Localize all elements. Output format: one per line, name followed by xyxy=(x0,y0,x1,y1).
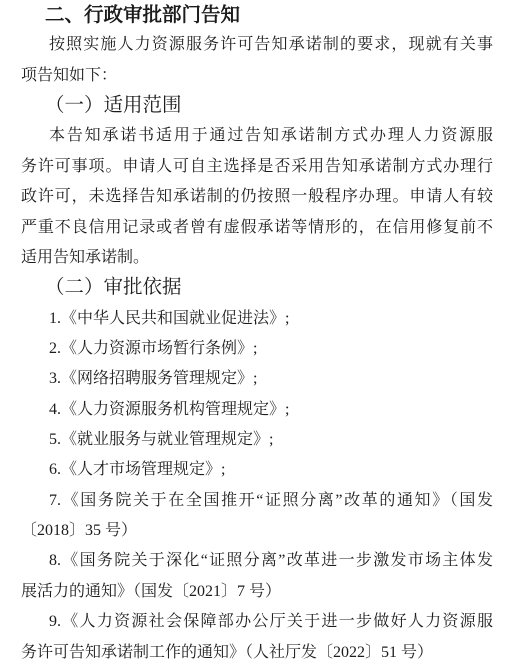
legal-basis-item-line: 4.《人力资源服务机构管理规定》; xyxy=(21,395,493,425)
scope-paragraph-line: 适用告知承诺制。 xyxy=(21,243,493,273)
scope-paragraph-line: 本告知承诺书适用于通过告知承诺制方式办理人力资源服 xyxy=(21,121,493,151)
legal-basis-item-line: 6.《人才市场管理规定》; xyxy=(21,455,493,485)
legal-basis-item-line: 展活力的通知》（国发〔2021〕7 号） xyxy=(21,577,493,607)
scope-paragraph-line: 务许可事项。申请人可自主选择是否采用告知承诺制方式办理行 xyxy=(21,152,493,182)
legal-basis-item-line: 5.《就业服务与就业管理规定》; xyxy=(21,425,493,455)
scope-paragraph-line: 政许可，未选择告知承诺制的仍按照一般程序办理。申请人有较 xyxy=(21,182,493,212)
intro-paragraph-line: 按照实施人力资源服务许可告知承诺制的要求，现就有关事 xyxy=(21,30,493,60)
legal-basis-item-line: 2.《人力资源市场暂行条例》; xyxy=(21,334,493,364)
legal-basis-item-line: 1.《中华人民共和国就业促进法》; xyxy=(21,304,493,334)
legal-basis-item-line: 务许可告知承诺制工作的通知》（人社厅发〔2022〕51 号） xyxy=(21,638,493,668)
legal-basis-item-line: 7.《国务院关于在全国推开“证照分离”改革的通知》（国发 xyxy=(21,486,493,516)
legal-basis-item-line: 〔2018〕35 号） xyxy=(21,516,493,546)
intro-paragraph-line: 项告知如下： xyxy=(21,61,493,91)
scope-paragraph-line: 严重不良信用记录或者曾有虚假承诺等情形的，在信用修复前不 xyxy=(21,213,493,243)
section-heading: 二、行政审批部门告知 xyxy=(21,0,493,30)
legal-basis-item-line: 3.《网络招聘服务管理规定》; xyxy=(21,364,493,394)
subsection-1-heading: （一）适用范围 xyxy=(21,91,493,121)
legal-basis-item-line: 8.《国务院关于深化“证照分离”改革进一步激发市场主体发 xyxy=(21,546,493,576)
legal-basis-item-line: 9.《人力资源社会保障部办公厅关于进一步做好人力资源服 xyxy=(21,607,493,637)
subsection-2-heading: （二）审批依据 xyxy=(21,273,493,303)
document-page: 二、行政审批部门告知 按照实施人力资源服务许可告知承诺制的要求，现就有关事 项告… xyxy=(0,0,518,668)
